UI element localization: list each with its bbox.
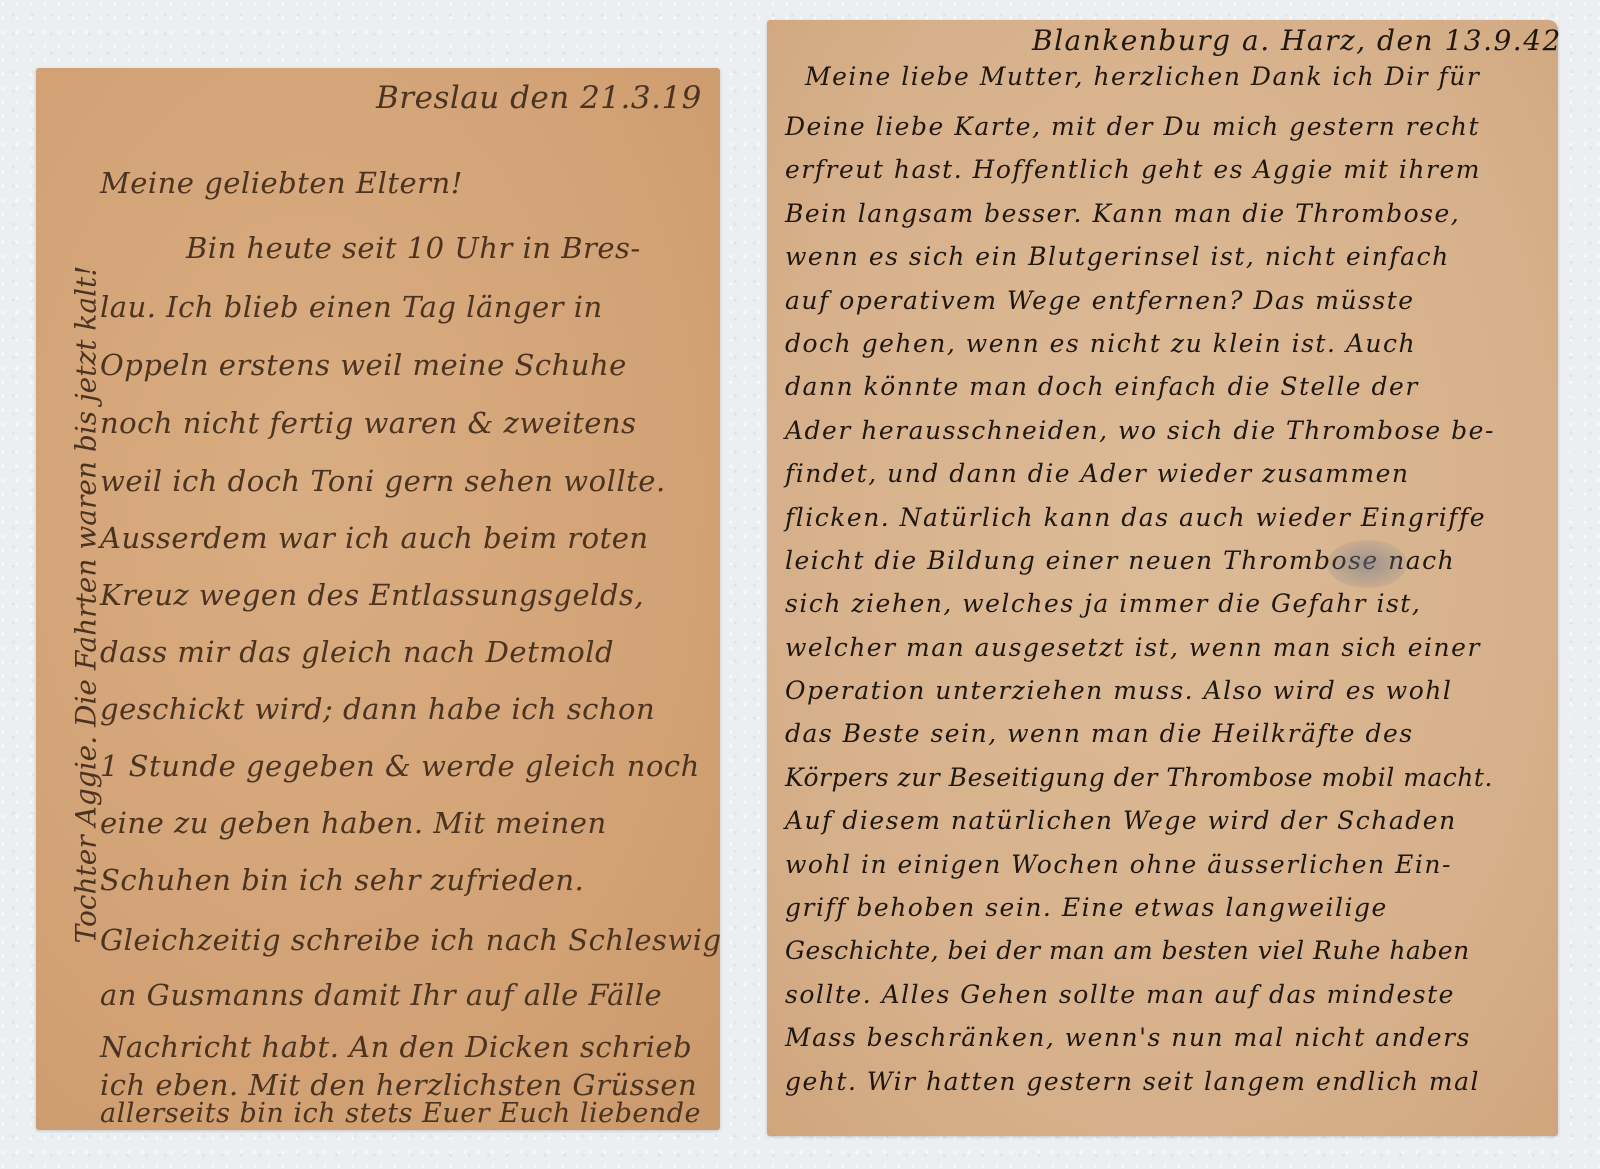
text-line: an Gusmanns damit Ihr auf alle Fälle (100, 978, 662, 1012)
text-line: sollte. Alles Gehen sollte man auf das m… (785, 980, 1455, 1009)
text-line: Bin heute seit 10 Uhr in Bres- (186, 231, 641, 265)
text-line: Auf diesem natürlichen Wege wird der Sch… (785, 806, 1457, 835)
text-line: 1 Stunde gegeben & werde gleich noch (100, 749, 700, 783)
text-line: Operation unterziehen muss. Also wird es… (785, 676, 1452, 705)
text-line: weil ich doch Toni gern sehen wollte. (100, 464, 666, 498)
text-line: ich eben. Mit den herzlichsten Grüssen (100, 1068, 697, 1102)
text-line: Meine liebe Mutter, herzlichen Dank ich … (805, 62, 1480, 91)
text-line: findet, und dann die Ader wieder zusamme… (785, 459, 1410, 488)
text-line: eine zu geben haben. Mit meinen (100, 806, 607, 840)
text-line: Ausserdem war ich auch beim roten (100, 521, 649, 555)
text-line: allerseits bin ich stets Euer Euch liebe… (100, 1098, 701, 1129)
margin-note-vertical: Tochter Aggie. Die Fahrten waren bis jet… (70, 115, 103, 1095)
place-date: Blankenburg a. Harz, den 13.9.42 (1032, 24, 1562, 57)
text-line: Nachricht habt. An den Dicken schrieb (100, 1030, 692, 1064)
text-line: Bein langsam besser. Kann man die Thromb… (785, 199, 1460, 228)
text-line: Deine liebe Karte, mit der Du mich geste… (785, 112, 1480, 141)
text-line: Gleichzeitig schreibe ich nach Schleswig (100, 923, 722, 957)
text-line: doch gehen, wenn es nicht zu klein ist. … (785, 329, 1416, 358)
text-line: auf operativem Wege entfernen? Das müsst… (785, 286, 1415, 315)
text-line: Mass beschränken, wenn's nun mal nicht a… (785, 1023, 1471, 1052)
text-line: Körpers zur Beseitigung der Thrombose mo… (785, 763, 1493, 792)
text-line: dass mir das gleich nach Detmold (100, 635, 614, 669)
text-line: noch nicht fertig waren & zweitens (100, 406, 636, 440)
text-line: geht. Wir hatten gestern seit langem end… (785, 1067, 1480, 1096)
text-line: Oppeln erstens weil meine Schuhe (100, 348, 627, 382)
text-line: Geschichte, bei der man am besten viel R… (785, 936, 1470, 965)
text-line: erfreut hast. Hoffentlich geht es Aggie … (785, 155, 1481, 184)
text-line: das Beste sein, wenn man die Heilkräfte … (785, 719, 1414, 748)
text-line: sich ziehen, welches ja immer die Gefahr… (785, 589, 1421, 618)
postcard-blankenburg-1942: Blankenburg a. Harz, den 13.9.42 Meine l… (767, 20, 1558, 1136)
salutation: Meine geliebten Eltern! (100, 166, 463, 200)
text-line: geschickt wird; dann habe ich schon (100, 692, 655, 726)
text-line: dann könnte man doch einfach die Stelle … (785, 372, 1419, 401)
text-line: lau. Ich blieb einen Tag länger in (100, 290, 603, 324)
ink-stain (1327, 540, 1407, 588)
place-date: Breslau den 21.3.19 (376, 80, 702, 116)
text-line: wohl in einigen Wochen ohne äusserlichen… (785, 850, 1452, 879)
postcard-breslau-1919: Breslau den 21.3.19 Meine geliebten Elte… (36, 68, 720, 1130)
text-line: welcher man ausgesetzt ist, wenn man sic… (785, 633, 1481, 662)
text-line: Ader herausschneiden, wo sich die Thromb… (785, 416, 1495, 445)
text-line: flicken. Natürlich kann das auch wieder … (785, 503, 1486, 532)
text-line: Kreuz wegen des Entlassungsgelds, (100, 578, 644, 612)
text-line: Schuhen bin ich sehr zufrieden. (100, 863, 584, 897)
text-line: griff behoben sein. Eine etwas langweili… (785, 893, 1388, 922)
text-line: wenn es sich ein Blutgerinsel ist, nicht… (785, 242, 1450, 271)
